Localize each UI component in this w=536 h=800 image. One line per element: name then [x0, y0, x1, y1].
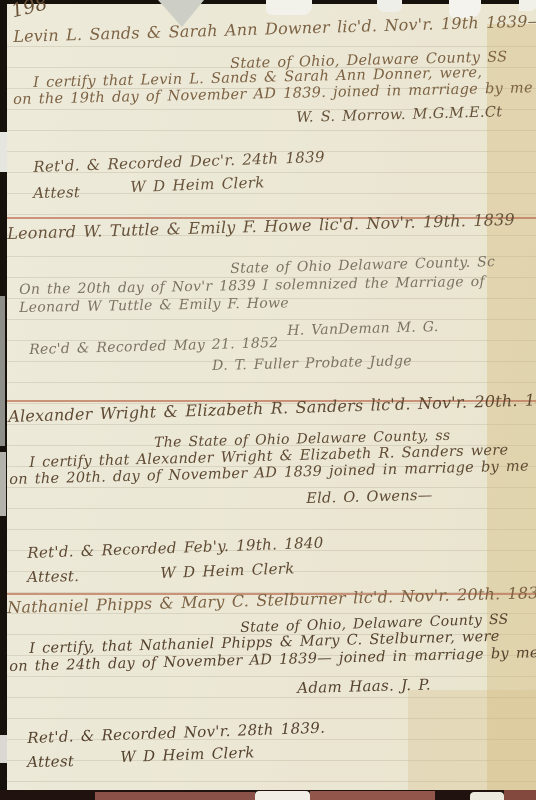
bottom-right-discoloration	[408, 690, 536, 790]
torn-paper-patch	[255, 791, 310, 800]
officiant-signature: Eld. O. Owens—	[306, 488, 433, 507]
torn-paper-patch	[470, 792, 504, 800]
torn-paper-patch	[266, 0, 312, 15]
scan-bottom-edge	[0, 790, 536, 800]
scan-edge-highlight	[0, 735, 7, 763]
next-page-glimpse	[504, 790, 536, 800]
attest-label: Attest	[27, 752, 74, 771]
torn-paper-patch	[377, 0, 402, 12]
scan-edge-highlight	[0, 132, 7, 172]
scanned-ledger-page: 198 Levin L. Sands & Sarah Ann Downer li…	[0, 0, 536, 800]
next-page-glimpse	[95, 792, 255, 800]
scan-edge-highlight	[0, 452, 6, 516]
attest-label: Attest	[33, 183, 80, 202]
attest-label: Attest.	[27, 567, 79, 586]
officiant-signature: Adam Haas. J. P.	[297, 676, 431, 697]
scan-edge-highlight	[0, 296, 5, 446]
torn-paper-patch	[519, 0, 536, 11]
next-page-glimpse	[310, 791, 435, 800]
